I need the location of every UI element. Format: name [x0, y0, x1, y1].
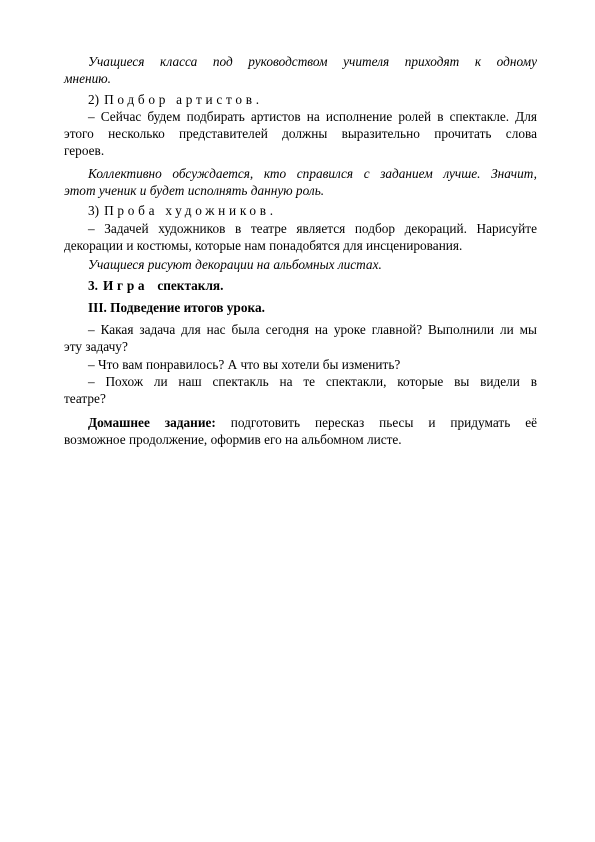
- text-line: Учащиеся рисуют декорации на альбомных л…: [64, 256, 537, 273]
- text-line: мнению.: [64, 70, 537, 87]
- heading-title-spaced: Игра: [103, 278, 148, 293]
- text-line: – Похож ли наш спектакль на те спектакли…: [64, 373, 537, 390]
- heading-number: 3.: [88, 278, 98, 293]
- heading-title-rest: спектакля.: [157, 278, 223, 293]
- homework-text: подготовить пересказ пьесы и придумать е…: [216, 415, 537, 430]
- heading-title: Подбор артистов.: [104, 92, 263, 107]
- text-line: театре?: [64, 390, 537, 407]
- paragraph-teacher-speech: – Что вам понравилось? А что вы хотели б…: [64, 356, 537, 373]
- paragraph-stage-direction: Учащиеся класса под руководством учителя…: [64, 53, 537, 88]
- section-heading: 3.Играспектакля.: [64, 277, 537, 294]
- text-line: 3)Проба художников.: [64, 202, 537, 219]
- text-line: – Что вам понравилось? А что вы хотели б…: [64, 356, 537, 373]
- paragraph-stage-direction: Учащиеся рисуют декорации на альбомных л…: [64, 256, 537, 273]
- paragraph-stage-direction: Коллективно обсуждается, кто справился с…: [64, 165, 537, 200]
- section-heading: III. Подведение итогов урока.: [64, 299, 537, 316]
- text-line: эту задачу?: [64, 338, 537, 355]
- heading-number: 2): [88, 92, 99, 107]
- subsection-heading: 2)Подбор артистов.: [64, 91, 537, 108]
- paragraph-teacher-speech: – Задачей художников в театре является п…: [64, 220, 537, 255]
- text-line: – Какая задача для нас была сегодня на у…: [64, 321, 537, 338]
- text-line: героев.: [64, 142, 537, 159]
- text-line: 2)Подбор артистов.: [64, 91, 537, 108]
- heading-number: 3): [88, 203, 99, 218]
- text-line: декорации и костюмы, которые нам понадоб…: [64, 237, 537, 254]
- homework-label: Домашнее задание:: [88, 415, 216, 430]
- heading-title: Проба художников.: [104, 203, 277, 218]
- text-line: Учащиеся класса под руководством учителя…: [64, 53, 537, 70]
- text-line: этот ученик и будет исполнять данную рол…: [64, 182, 537, 199]
- paragraph-teacher-speech: – Сейчас будем подбирать артистов на исп…: [64, 108, 537, 160]
- text-line: Домашнее задание: подготовить пересказ п…: [64, 414, 537, 431]
- text-line: 3.Играспектакля.: [64, 277, 537, 294]
- subsection-heading: 3)Проба художников.: [64, 202, 537, 219]
- text-line: возможное продолжение, оформив его на ал…: [64, 431, 537, 448]
- text-line: этого несколько представителей должны вы…: [64, 125, 537, 142]
- paragraph-teacher-speech: – Какая задача для нас была сегодня на у…: [64, 321, 537, 356]
- paragraph-homework: Домашнее задание: подготовить пересказ п…: [64, 414, 537, 449]
- text-line: – Задачей художников в театре является п…: [64, 220, 537, 237]
- paragraph-teacher-speech: – Похож ли наш спектакль на те спектакли…: [64, 373, 537, 408]
- text-line: III. Подведение итогов урока.: [64, 299, 537, 316]
- text-line: Коллективно обсуждается, кто справился с…: [64, 165, 537, 182]
- document-page: Учащиеся класса под руководством учителя…: [0, 0, 595, 842]
- text-line: – Сейчас будем подбирать артистов на исп…: [64, 108, 537, 125]
